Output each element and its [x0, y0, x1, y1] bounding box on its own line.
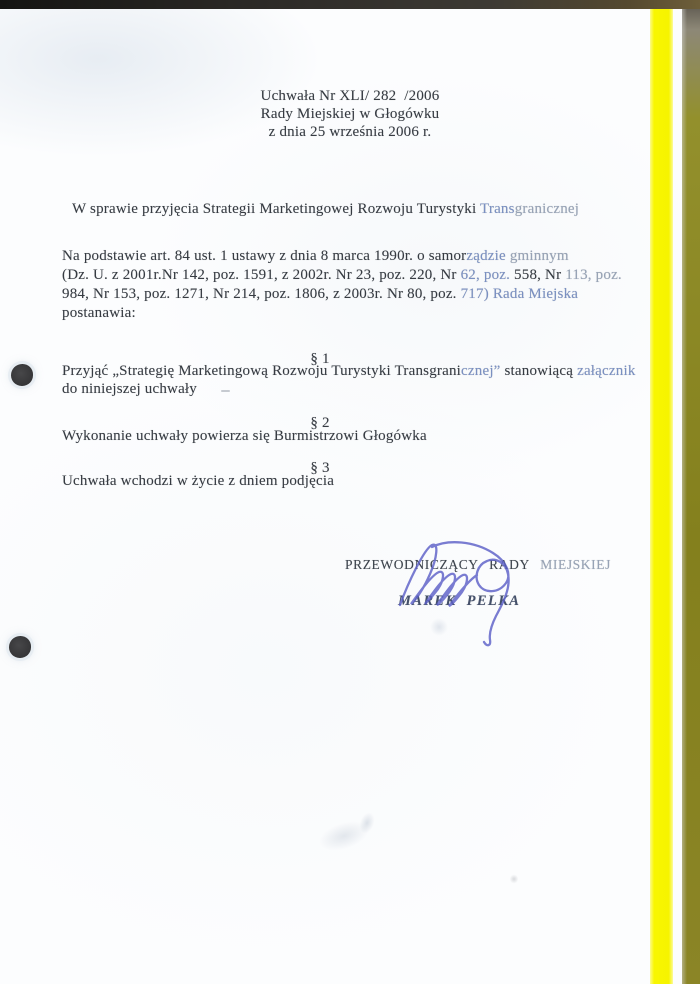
hole-punch-mark-top [11, 364, 33, 386]
section-text: Przyjąć „Strategię Marketingową Rozwoju … [62, 363, 461, 379]
legal-basis-line-1: Na podstawie art. 84 ust. 1 ustawy z dni… [62, 248, 569, 265]
legal-text-faded: ządzie [466, 248, 506, 264]
subject-text-faded: Trans [480, 201, 515, 217]
subject-text-faded-grey: granicznej [515, 201, 579, 217]
legal-text-faded: 717) Rada Miejska [461, 286, 579, 302]
legal-text-faded: 62, poz. [461, 267, 511, 283]
section-text-faded: załącznik [577, 363, 635, 379]
section-text-faded: cznej” [461, 363, 501, 379]
legal-basis-line-3: 984, Nr 153, poz. 1271, Nr 214, poz. 180… [62, 286, 578, 303]
scanned-resolution-page: Uchwała Nr XLI/ 282 /2006 Rady Miejskiej… [0, 0, 700, 984]
section-1-line-2: do niniejszej uchwały [62, 381, 197, 398]
section-1-line-1: Przyjąć „Strategię Marketingową Rozwoju … [62, 363, 636, 380]
subject-line: W sprawie przyjęcia Strategii Marketingo… [72, 201, 579, 218]
legal-text: 984, Nr 153, poz. 1271, Nr 214, poz. 180… [62, 286, 461, 302]
handwritten-signature [380, 533, 570, 663]
legal-text: 558, Nr [510, 267, 565, 283]
resolution-date-line: z dnia 25 września 2006 r. [0, 124, 700, 141]
legal-basis-line-2: (Dz. U. z 2001r.Nr 142, poz. 1591, z 200… [62, 267, 622, 284]
legal-text-faded-grey: 113, poz. [565, 267, 622, 283]
issuing-body-line: Rady Miejskiej w Głogówku [0, 106, 700, 123]
legal-text: (Dz. U. z 2001r.Nr 142, poz. 1591, z 200… [62, 267, 461, 283]
section-3-text: Uchwała wchodzi w życie z dniem podjęcia [62, 473, 334, 490]
scan-smudge [357, 810, 378, 835]
section-text: stanowiącą [501, 363, 578, 379]
olive-edge-bar [682, 0, 700, 984]
resolution-number-line: Uchwała Nr XLI/ 282 /2006 [0, 88, 700, 105]
stray-pen-dash [221, 390, 230, 392]
subject-text: W sprawie przyjęcia Strategii Marketingo… [72, 201, 480, 217]
legal-basis-line-4: postanawia: [62, 305, 136, 322]
scan-smudge [315, 816, 372, 857]
legal-text-faded-grey: gminnym [506, 248, 569, 264]
scan-speck [510, 874, 518, 884]
section-2-text: Wykonanie uchwały powierza się Burmistrz… [62, 428, 427, 445]
scan-top-edge-bar [0, 0, 700, 9]
yellow-edge-stripe [650, 0, 673, 984]
hole-punch-mark-bottom [9, 636, 31, 658]
legal-text: Na podstawie art. 84 ust. 1 ustawy z dni… [62, 248, 466, 264]
